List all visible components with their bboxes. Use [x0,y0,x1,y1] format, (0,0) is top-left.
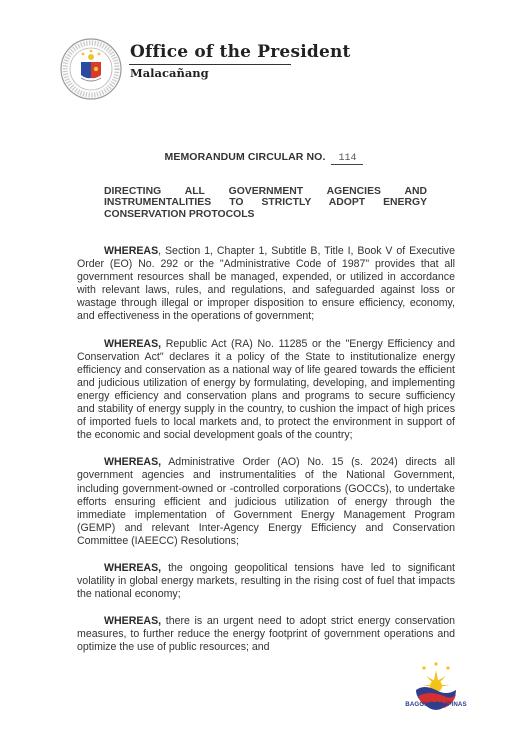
memo-heading: MEMORANDUM CIRCULAR NO.114 [0,151,528,165]
whereas-clause: WHEREAS, Section 1, Chapter 1, Subtitle … [77,245,455,324]
whereas-clause: WHEREAS, the ongoing geopolitical tensio… [77,562,455,601]
memo-subject-line: CONSERVATION PROTOCOLS [104,209,427,220]
whereas-text: Republic Act (RA) No. 11285 or the "Ener… [77,338,455,442]
whereas-keyword: WHEREAS, [104,615,161,627]
memo-subject-line: DIRECTING ALL GOVERNMENT AGENCIES AND [104,186,427,197]
presidential-seal-icon [59,37,123,101]
whereas-clause: WHEREAS, Administrative Order (AO) No. 1… [77,456,455,548]
whereas-keyword: WHEREAS, [104,562,161,574]
memo-subject-line: INSTRUMENTALITIES TO STRICTLY ADOPT ENER… [104,197,427,208]
bagong-pilipinas-logo-icon [404,660,468,720]
memo-subject: DIRECTING ALL GOVERNMENT AGENCIES AND IN… [104,186,427,220]
brand-label: BAGONG PILIPINAS [398,701,474,708]
whereas-clause: WHEREAS, Republic Act (RA) No. 11285 or … [77,338,455,443]
memo-heading-label: MEMORANDUM CIRCULAR NO. [165,151,326,163]
memo-body: WHEREAS, Section 1, Chapter 1, Subtitle … [77,245,455,669]
memo-number: 114 [331,153,363,165]
office-subtitle: Malacañang [130,65,209,81]
office-title: Office of the President [130,42,351,62]
whereas-keyword: WHEREAS, [104,456,161,468]
whereas-clause: WHEREAS, there is an urgent need to adop… [77,615,455,654]
whereas-keyword: WHEREAS, [104,338,161,350]
whereas-text: Administrative Order (AO) No. 15 (s. 202… [77,456,455,547]
whereas-keyword: WHEREAS [104,245,158,257]
